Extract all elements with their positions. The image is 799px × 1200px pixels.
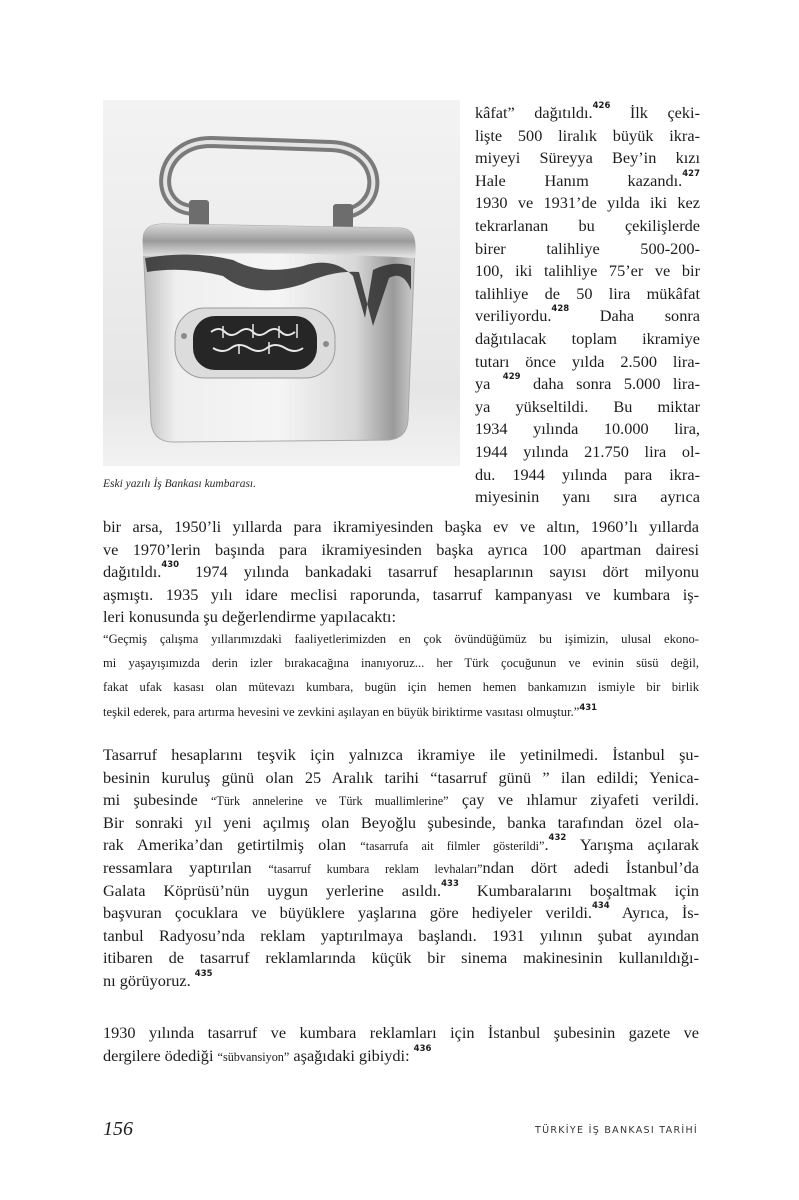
footnote-ref: 433 (441, 879, 459, 889)
footnote-ref: 435 (195, 969, 213, 979)
text-line: başvuran çocuklara ve büyüklere yaşların… (103, 903, 699, 923)
line-text: ressamlara yaptırılan (103, 858, 268, 877)
text-line: ressamlara yaptırılan “tasarruf kumbara … (103, 858, 699, 878)
line-text: tanbul Radyosu’nda reklam yaptırılmaya b… (103, 926, 699, 945)
text-line: tanbul Radyosu’nda reklam yaptırılmaya b… (103, 926, 699, 946)
line-text: başvuran çocuklara ve büyüklere yaşların… (103, 903, 592, 922)
text-line: rak Amerika’dan getirtilmiş olan “tasarr… (103, 835, 699, 855)
line-text: aşağıdaki gibiydi: (289, 1046, 413, 1065)
line-text: bir arsa, 1950’li yıllarda para ikramiye… (103, 517, 699, 536)
line-text: miyesinin yanı sıra ayrıca (475, 487, 700, 506)
quoted-phrase: “tasarruf kumbara reklam levhaları” (268, 862, 482, 876)
line-text: fakat ufak kasası olan mütevazı kumbara,… (103, 680, 699, 694)
text-line: 1930 yılında tasarruf ve kumbara reklaml… (103, 1023, 699, 1043)
footnote-ref: 426 (593, 101, 611, 111)
line-text: besinin kuruluş günü olan 25 Aralık tari… (103, 768, 699, 787)
text-line: ya yükseltildi. Bu miktar (475, 397, 700, 417)
footnote-ref: 431 (579, 703, 597, 713)
footnote-ref: 434 (592, 901, 610, 911)
text-line: birer talihliye 500-200- (475, 239, 700, 259)
footnote-ref: 428 (551, 304, 569, 314)
line-text: Tasarruf hesaplarını teşvik için yalnızc… (103, 745, 699, 764)
text-line: fakat ufak kasası olan mütevazı kumbara,… (103, 680, 699, 695)
line-text: kâfat” dağıtıldı. (475, 103, 593, 122)
text-line: miyesinin yanı sıra ayrıca (475, 487, 700, 507)
line-text: dergilere ödediği (103, 1046, 218, 1065)
line-text: tekrarlanan bu çekilişlerde (475, 216, 700, 235)
footnote-ref: 436 (414, 1044, 432, 1054)
line-text: nı görüyoruz. (103, 971, 195, 990)
line-text: Galata Köprüsü’nün uygun yerlerine asıld… (103, 881, 441, 900)
line-text: mi şubesinde (103, 790, 211, 809)
text-line: ve 1970’lerin başında para ikramiyesinde… (103, 540, 699, 560)
text-line: veriliyordu.428 Daha sonra (475, 306, 700, 326)
line-text: aşmıştı. 1935 yılı idare meclisi raporun… (103, 585, 699, 604)
text-line: dergilere ödediği “sübvansiyon” aşağıdak… (103, 1046, 699, 1066)
book-page: Eski yazılı İş Bankası kumbarası. kâfat”… (0, 0, 799, 1200)
text-line: besinin kuruluş günü olan 25 Aralık tari… (103, 768, 699, 788)
text-line: dağıtıldı.430 1974 yılında bankadaki tas… (103, 562, 699, 582)
text-line: “Geçmiş çalışma yıllarımızdaki faaliyetl… (103, 632, 699, 647)
line-text: itibaren de tasarruf reklamlarında küçük… (103, 948, 699, 967)
line-text: Ayrıca, İs- (610, 903, 699, 922)
footnote-ref: 432 (549, 833, 567, 843)
text-line: Tasarruf hesaplarını teşvik için yalnızc… (103, 745, 699, 765)
savings-box-photo (103, 100, 460, 466)
line-text: birer talihliye 500-200- (475, 239, 700, 258)
line-text: veriliyordu. (475, 306, 551, 325)
text-line: leri konusunda şu değerlendirme yapılaca… (103, 607, 699, 627)
text-line: tutarı önce yılda 2.500 lira- (475, 352, 700, 372)
text-line: lişte 500 liralık büyük ikra- (475, 126, 700, 146)
text-line: ya 429 daha sonra 5.000 lira- (475, 374, 700, 394)
quoted-phrase: “tasarrufa ait filmler gösterildi” (360, 839, 544, 853)
line-text: tutarı önce yılda 2.500 lira- (475, 352, 700, 371)
line-text: 1944 yılında 21.750 lira ol- (475, 442, 700, 461)
quoted-phrase: “Türk annelerine ve Türk muallimlerine” (211, 794, 449, 808)
line-text: du. 1944 yılında para ikra- (475, 465, 700, 484)
line-text: ya yükseltildi. Bu miktar (475, 397, 700, 416)
quoted-phrase: “sübvansiyon” (218, 1050, 290, 1064)
text-line: bir arsa, 1950’li yıllarda para ikramiye… (103, 517, 699, 537)
line-text: 1930 yılında tasarruf ve kumbara reklaml… (103, 1023, 699, 1042)
line-text: 1974 yılında bankadaki tasarruf hesaplar… (179, 562, 699, 581)
line-text: Yarışma açılarak (566, 835, 699, 854)
line-text: 1934 yılında 10.000 lira, (475, 419, 700, 438)
text-line: mi şubesinde “Türk annelerine ve Türk mu… (103, 790, 699, 810)
line-text: ndan dört adedi İstanbul’da (483, 858, 699, 877)
line-text: Kumbaralarını boşaltmak için (459, 881, 699, 900)
line-text: lişte 500 liralık büyük ikra- (475, 126, 700, 145)
line-text: Daha sonra (569, 306, 700, 325)
line-text: Bir sonraki yıl yeni açılmış olan Beyoğl… (103, 813, 699, 832)
line-text: “Geçmiş çalışma yıllarımızdaki faaliyetl… (103, 632, 699, 646)
text-line: mi yaşayışımızda derin izler bırakacağın… (103, 656, 699, 671)
line-text: mi yaşayışımızda derin izler bırakacağın… (103, 656, 699, 670)
text-line: itibaren de tasarruf reklamlarında küçük… (103, 948, 699, 968)
text-line: du. 1944 yılında para ikra- (475, 465, 700, 485)
page-number: 156 (103, 1118, 133, 1141)
savings-box-illustration (103, 100, 460, 466)
text-line: 1930 ve 1931’de yılda iki kez (475, 193, 700, 213)
line-text: leri konusunda şu değerlendirme yapılaca… (103, 607, 396, 626)
text-line: talihliye de 50 lira mükâfat (475, 284, 700, 304)
line-text: rak Amerika’dan getirtilmiş olan (103, 835, 360, 854)
text-line: 100, iki talihliye 75’er ve bir (475, 261, 700, 281)
footnote-ref: 430 (161, 560, 179, 570)
text-line: aşmıştı. 1935 yılı idare meclisi raporun… (103, 585, 699, 605)
text-line: miyeyi Süreyya Bey’in kızı (475, 148, 700, 168)
text-line: nı görüyoruz. 435 (103, 971, 699, 991)
line-text: dağıtıldı. (103, 562, 161, 581)
line-text: 1930 ve 1931’de yılda iki kez (475, 193, 700, 212)
line-text: . (544, 835, 548, 854)
line-text: çay ve ıhlamur ziyafeti verildi. (449, 790, 699, 809)
line-text: daha sonra 5.000 lira- (521, 374, 700, 393)
running-title: TÜRKİYE İŞ BANKASI TARİHİ (535, 1125, 698, 1136)
line-text: talihliye de 50 lira mükâfat (475, 284, 700, 303)
line-text: ya (475, 374, 503, 393)
text-line: teşkil ederek, para artırma hevesini ve … (103, 705, 699, 720)
text-line: Hale Hanım kazandı.427 (475, 171, 700, 191)
footnote-ref: 427 (682, 169, 700, 179)
line-text: ve 1970’lerin başında para ikramiyesinde… (103, 540, 699, 559)
text-line: 1944 yılında 21.750 lira ol- (475, 442, 700, 462)
line-text: İlk çeki- (610, 103, 700, 122)
line-text: 100, iki talihliye 75’er ve bir (475, 261, 700, 280)
footnote-ref: 429 (503, 372, 521, 382)
text-line: kâfat” dağıtıldı.426 İlk çeki- (475, 103, 700, 123)
text-line: Galata Köprüsü’nün uygun yerlerine asıld… (103, 881, 699, 901)
line-text: Hale Hanım kazandı. (475, 171, 682, 190)
text-line: 1934 yılında 10.000 lira, (475, 419, 700, 439)
line-text: dağıtılacak toplam ikramiye (475, 329, 700, 348)
figure-caption: Eski yazılı İş Bankası kumbarası. (103, 478, 256, 490)
line-text: teşkil ederek, para artırma hevesini ve … (103, 705, 579, 719)
text-line: tekrarlanan bu çekilişlerde (475, 216, 700, 236)
line-text: miyeyi Süreyya Bey’in kızı (475, 148, 700, 167)
text-line: Bir sonraki yıl yeni açılmış olan Beyoğl… (103, 813, 699, 833)
text-line: dağıtılacak toplam ikramiye (475, 329, 700, 349)
